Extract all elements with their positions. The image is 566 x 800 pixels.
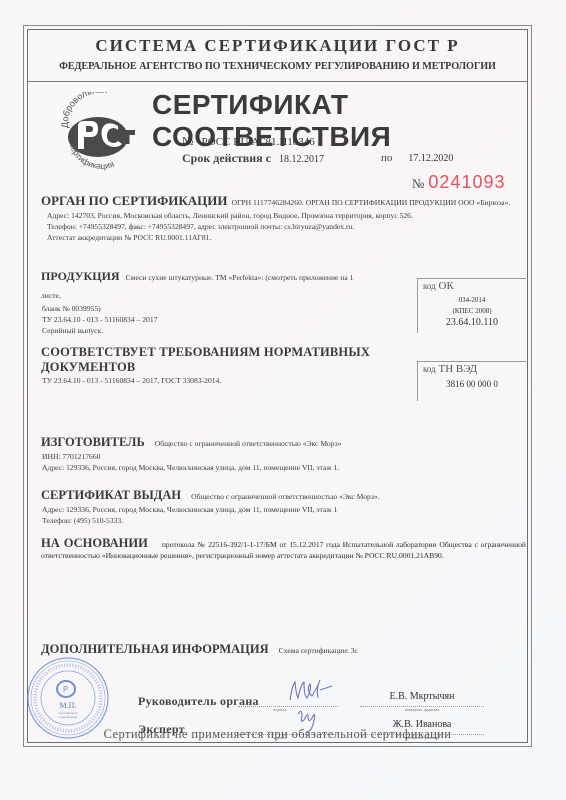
- tn-ved-prefix: код: [423, 364, 436, 374]
- issued-to-name: Общество с ограниченной ответственностью…: [191, 492, 380, 501]
- agency-name: ФЕДЕРАЛЬНОЕ АГЕНТСТВО ПО ТЕХНИЧЕСКОМУ РЕ…: [27, 61, 528, 72]
- manufacturer-inn: ИНН: 7701217660: [42, 451, 511, 462]
- voluntary-certification-note: Сертификат не применяется при обязательн…: [27, 727, 528, 742]
- tn-ved-label: ТН ВЭД: [439, 363, 478, 375]
- issued-to-address: Адрес: 129336, Россия, город Москва, Чел…: [42, 504, 511, 515]
- manufacturer-address: Адрес: 129336, Россия, город Москва, Чел…: [42, 462, 511, 473]
- certificate-number: №РОСС RU.АГ81.Н10346: [182, 134, 315, 149]
- head-signature-caption: подпись: [273, 707, 287, 712]
- valid-to-label: по: [381, 152, 392, 164]
- head-signature-icon: [286, 676, 336, 706]
- valid-to-date: 17.12.2020: [408, 153, 453, 164]
- product-production-type: Серийный выпуск.: [42, 325, 371, 336]
- additional-info-section: ДОПОЛНИТЕЛЬНАЯ ИНФОРМАЦИЯСхема сертифика…: [41, 640, 511, 658]
- certification-body-contacts: Телефон: +74955328497, факс: +7495532849…: [47, 221, 526, 232]
- stamp-label: М.П.: [60, 701, 77, 710]
- head-name-caption: инициалы, фамилия: [360, 707, 484, 712]
- head-name: Е.В. Мкртычян: [360, 691, 484, 702]
- certification-body-ogrn: ОГРН 1117746284260. ОРГАН ПО СЕРТИФИКАЦИ…: [232, 198, 511, 207]
- number-symbol: №: [182, 134, 193, 148]
- stamp-caption-2: и деклараций: [58, 715, 77, 719]
- ok-code-value: 23.64.10.110: [418, 317, 526, 328]
- valid-from-date: 18.12.2017: [279, 154, 324, 165]
- ok-code-line2: (КПЕС 2008): [418, 307, 526, 315]
- product-spec: ТУ 23.64.10 - 013 - 51160834 – 2017: [42, 314, 371, 325]
- ok-code-box: код ОК 034-2014 (КПЕС 2008) 23.64.10.110: [417, 278, 526, 333]
- svg-text:Р: Р: [63, 685, 68, 694]
- basis-section: НА ОСНОВАНИИпротокола № 22516-392/1-1-17…: [41, 538, 526, 561]
- ok-code-label: ОК: [439, 280, 454, 292]
- conformity-section: СООТВЕТСТВУЕТ ТРЕБОВАНИЯМ НОРМАТИВНЫХ ДО…: [41, 345, 421, 386]
- basis-protocol: протокола № 22516-392/1-1-17/БМ от 15.12…: [162, 540, 478, 549]
- conformity-heading: СООТВЕТСТВУЕТ ТРЕБОВАНИЯМ НОРМАТИВНЫХ ДО…: [41, 345, 421, 375]
- ok-code-line1: 034-2014: [418, 296, 526, 304]
- issued-to-heading: СЕРТИФИКАТ ВЫДАН: [41, 488, 181, 502]
- certification-scheme: Схема сертификации: 3с: [279, 646, 358, 655]
- product-heading: ПРОДУКЦИЯ: [41, 269, 120, 283]
- header-divider: [27, 81, 528, 82]
- validity-label: Срок действия с: [182, 151, 271, 165]
- product-section: ПРОДУКЦИЯСмеси сухие штукатурные. ТМ «Pe…: [41, 267, 371, 336]
- rst-certification-logo-icon: Добровольная сертификация: [58, 92, 142, 174]
- tn-ved-value: 3816 00 000 0: [418, 379, 526, 389]
- product-blank-ref: бланк № 0039955): [42, 303, 371, 314]
- blank-number-symbol: №: [412, 176, 424, 191]
- issued-to-phone: Телефон: (495) 510-5333.: [42, 515, 511, 526]
- certification-body-heading: ОРГАН ПО СЕРТИФИКАЦИИ: [41, 193, 228, 208]
- system-title: СИСТЕМА СЕРТИФИКАЦИИ ГОСТ Р: [27, 36, 528, 56]
- certification-body-section: ОРГАН ПО СЕРТИФИКАЦИИОГРН 1117746284260.…: [41, 192, 526, 243]
- certification-body-address: Адрес: 142703, Россия, Московская област…: [47, 210, 526, 221]
- manufacturer-section: ИЗГОТОВИТЕЛЬОбщество с ограниченной отве…: [41, 433, 511, 473]
- tn-ved-code-box: код ТН ВЭД 3816 00 000 0: [417, 361, 526, 401]
- issued-to-section: СЕРТИФИКАТ ВЫДАНОбщество с ограниченной …: [41, 486, 511, 526]
- manufacturer-heading: ИЗГОТОВИТЕЛЬ: [41, 435, 145, 449]
- additional-info-heading: ДОПОЛНИТЕЛЬНАЯ ИНФОРМАЦИЯ: [41, 642, 269, 656]
- validity-to: по17.12.2020: [381, 152, 453, 164]
- ok-code-prefix: код: [423, 281, 436, 291]
- manufacturer-name: Общество с ограниченной ответственностью…: [155, 439, 342, 448]
- validity-from: Срок действия с18.12.2017: [182, 151, 324, 166]
- certification-body-accreditation: Аттестат аккредитации № РОСС RU.0001.11А…: [47, 232, 526, 243]
- blank-number-value: 0241093: [428, 172, 505, 192]
- certificate-number-value: РОСС RU.АГ81.Н10346: [201, 136, 314, 148]
- basis-heading: НА ОСНОВАНИИ: [41, 536, 148, 550]
- blank-number: №0241093: [412, 172, 505, 193]
- conformity-documents: ТУ 23.64.10 - 013 - 51160834 – 2017, ГОС…: [42, 375, 421, 386]
